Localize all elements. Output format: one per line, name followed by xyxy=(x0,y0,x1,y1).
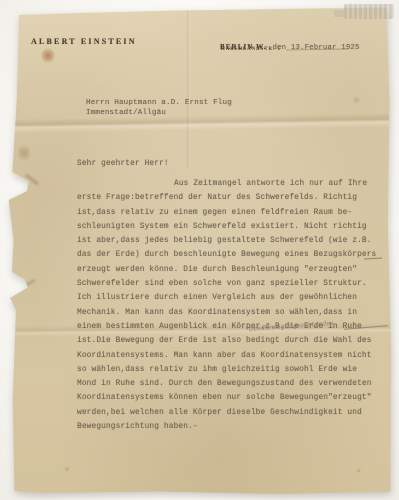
stain xyxy=(64,466,70,472)
typed-line: erste Frage:betreffend der Natur des Sch… xyxy=(77,191,379,205)
typed-line: Koordinatensystems können eben nur solch… xyxy=(77,391,379,405)
typed-line: Schwerefelder sind eben solche von ganz … xyxy=(77,277,379,291)
typed-line: Ich illustriere durch einen Vergleich au… xyxy=(77,291,379,305)
typed-line: Koordinatensystems. Man kann aber das Ko… xyxy=(77,349,379,363)
typed-line: erzeugt werden könne. Die durch Beschleu… xyxy=(77,263,379,277)
typed-line: Mond in Ruhe sind. Durch den Bewegungszu… xyxy=(77,377,379,391)
typed-line: werden,bei welchen alle Körper dieselbe … xyxy=(77,406,379,420)
typed-line: Mechanik. Man kann das Koordinatensystem… xyxy=(77,306,379,320)
letter-paper-shadow: ALBERT EINSTEIN BERLIN W.den 13.Februar … xyxy=(0,0,399,500)
letterhead-street: HABERLANDSTR. 5 xyxy=(221,47,281,52)
tear-shadow xyxy=(25,173,39,185)
salutation: Sehr geehrter Herr! xyxy=(77,160,169,168)
typed-line: das der Erde) durch beschleunigte Bewegu… xyxy=(77,248,379,262)
typed-line: Aus Zeitmangel antworte ich nur auf Ihre xyxy=(77,177,379,191)
photo-of-letter: ALBERT EINSTEIN BERLIN W.den 13.Februar … xyxy=(0,0,399,500)
letter-paper: ALBERT EINSTEIN BERLIN W.den 13.Februar … xyxy=(0,0,399,500)
recipient-line2: Immenstadt/Allgäu xyxy=(86,109,232,119)
letter-body: Aus Zeitmangel antworte ich nur auf Ihre… xyxy=(77,177,379,434)
tear-shadow xyxy=(22,279,36,289)
fold-crease-vertical xyxy=(186,8,191,168)
watermark-stamp xyxy=(344,4,394,19)
stain xyxy=(18,142,30,164)
recipient-line1: Herrn Hauptmann a.D. Ernst Flug xyxy=(86,99,232,109)
stain xyxy=(41,48,55,63)
typed-line: ist.Die Bewegung der Erde ist also bedin… xyxy=(77,334,379,348)
stain xyxy=(352,96,361,104)
letterhead-name: ALBERT EINSTEIN xyxy=(31,37,137,46)
typed-line: so wählen,dass relativ zu ihm gleichzeit… xyxy=(77,363,379,377)
recipient-address: Herrn Hauptmann a.D. Ernst Flug Immensta… xyxy=(86,99,232,118)
typed-line: schleunigten System ein Schwerefeld exis… xyxy=(77,220,379,234)
typed-line: ist aber,dass jedes beliebig gestaltete … xyxy=(77,234,379,248)
typed-line: Bewegungsrichtung haben.- xyxy=(77,420,379,434)
stain xyxy=(356,468,361,473)
typed-line: ist,dass relativ zu einem gegen einen fe… xyxy=(77,206,379,220)
